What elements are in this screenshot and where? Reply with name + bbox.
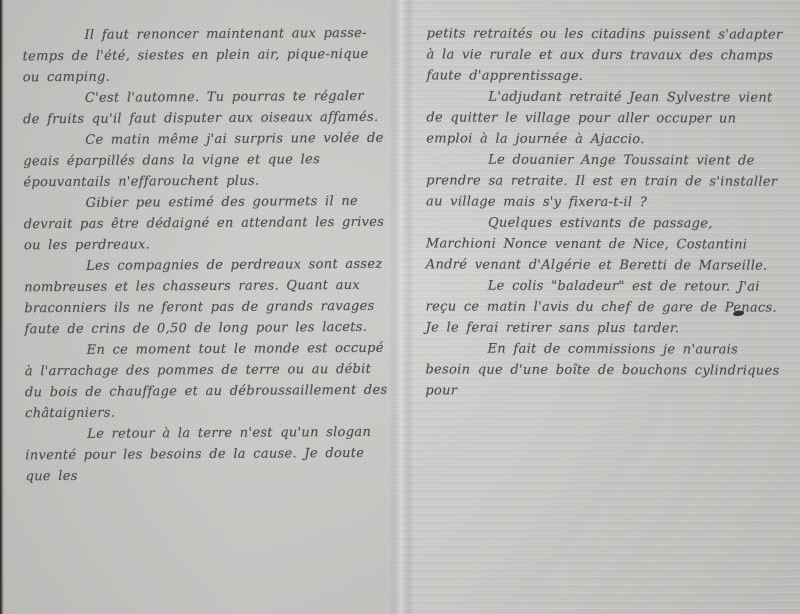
- letter-paragraph: Gibier peu estimé des gourmets il ne dev…: [24, 191, 388, 257]
- letter-paragraph: Le colis "baladeur" est de retour. J'ai …: [426, 275, 788, 339]
- letter-paragraph: C'est l'automne. Tu pourras te régaler d…: [23, 86, 387, 131]
- letter-page-left: Il faut renoncer maintenant aux passe-te…: [22, 23, 389, 488]
- letter-paragraph: Le retour à la terre n'est qu'un slogan …: [25, 422, 389, 488]
- letter-paragraph: Les compagnies de perdreaux sont assez n…: [24, 254, 389, 341]
- letter-paragraph: Quelques estivants de passage, Marchioni…: [426, 212, 788, 276]
- letter-paragraph: L'adjudant retraité Jean Sylvestre vient…: [426, 86, 788, 150]
- page-fold: [388, 0, 414, 614]
- letter-paragraph: Il faut renoncer maintenant aux passe-te…: [22, 23, 386, 89]
- letter-paragraph: Le douanier Ange Toussaint vient de pren…: [426, 149, 788, 213]
- letter-paragraph-continuation: petits retraités ou les citadins puissen…: [426, 23, 788, 87]
- letter-paragraph: En ce moment tout le monde est occupé à …: [25, 338, 390, 425]
- letter-page-right: petits retraités ou les citadins puissen…: [425, 23, 788, 402]
- letter-paragraph: En fait de commissions je n'aurais besoi…: [425, 338, 787, 402]
- scan-edge-shadow: [0, 0, 4, 614]
- letter-paragraph: Ce matin même j'ai surpris une volée de …: [23, 128, 387, 194]
